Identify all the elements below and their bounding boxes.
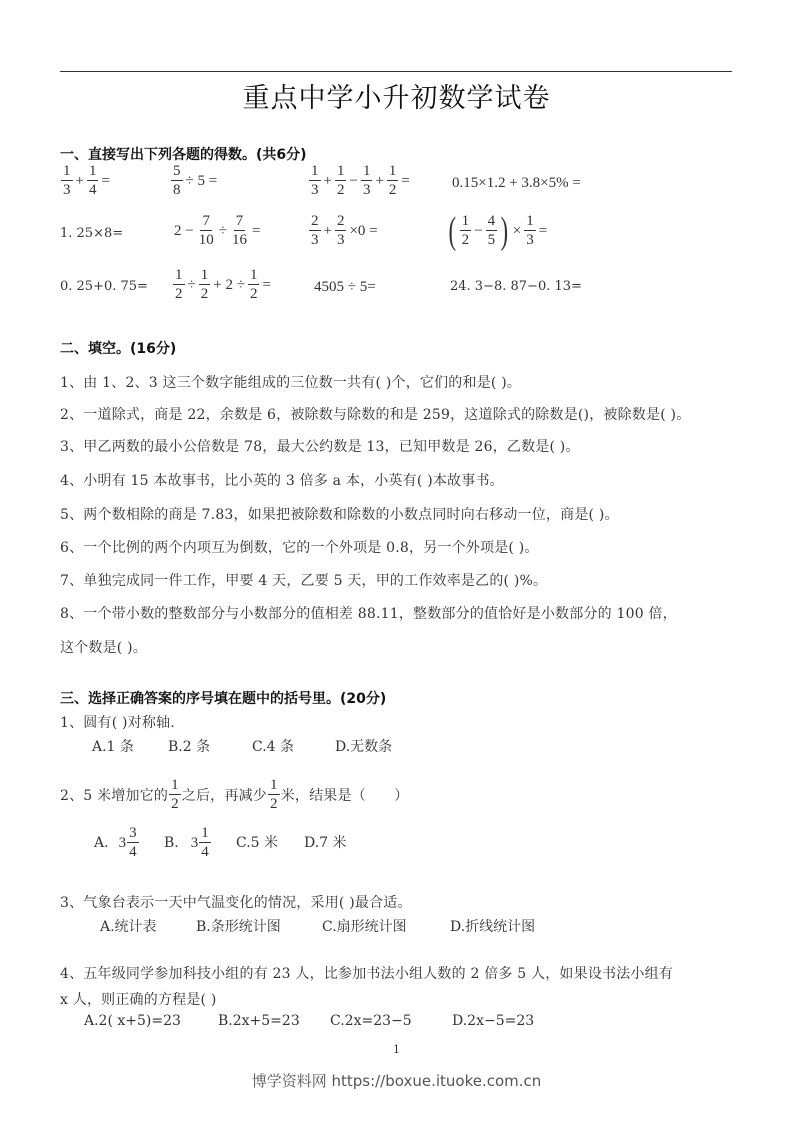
choice-q3-option-d: D.折线统计图 [450, 916, 535, 936]
choice-q1-option-d: D.无数条 [335, 736, 392, 756]
calc-3-4: 24. 3−8. 87−0. 13= [450, 279, 582, 294]
section-1-heading: 一、直接写出下列各题的得数。(共6分) [60, 144, 307, 164]
choice-q4-option-c: C.2x=23−5 [330, 1013, 412, 1029]
section-3-heading: 三、选择正确答案的序号填在题中的括号里。(20分) [60, 688, 386, 708]
choice-q4-option-d: D.2x−5=23 [452, 1013, 534, 1029]
choice-q1-option-a: A.1 条 [92, 736, 134, 756]
fill-item-8: 8、一个带小数的整数部分与小数部分的值相差 88.11，整数部分的值恰好是小数部… [60, 603, 677, 623]
choice-q4-stem-line1: 4、五年级同学参加科技小组的有 23 人，比参加书法小组人数的 2 倍多 5 人… [60, 963, 673, 983]
choice-q3-option-b: B.条形统计图 [196, 916, 281, 936]
header-rule [60, 71, 732, 72]
choice-q4-option-a: A.2( x+5)=23 [84, 1013, 181, 1029]
calc-1-3: 13 + 12 − 13 + 12 = [308, 164, 412, 198]
calc-2-3: 23 + 23 ×0 = [308, 214, 380, 248]
calc-1-2: 58 ÷ 5 = [170, 164, 219, 198]
choice-q1-option-c: C.4 条 [252, 736, 294, 756]
choice-q2-option-d: D.7 米 [304, 832, 347, 852]
page-number: 1 [0, 1043, 793, 1056]
choice-q2-option-b: B. 3 14 [164, 826, 212, 860]
calc-2-1: 1. 25×8= [60, 226, 123, 241]
footer-watermark: 博学资料网 https://boxue.ituoke.com.cn [0, 1070, 793, 1091]
fill-item-4: 4、小明有 15 本故事书，比小英的 3 倍多 a 本，小英有( )本故事书。 [60, 470, 504, 490]
choice-q3-option-c: C.扇形统计图 [322, 916, 407, 936]
fill-item-1: 1、由 1、2、3 这三个数字能组成的三位数一共有( )个，它们的和是( )。 [60, 372, 521, 392]
fill-item-8-cont: 这个数是( )。 [60, 637, 147, 657]
calc-2-4: ( 12 − 45 ) × 13 = [446, 212, 549, 250]
calc-3-1: 0. 25+0. 75= [60, 279, 148, 294]
calc-2-2: 2 − 710 ÷ 716 = [172, 214, 262, 248]
fill-item-2: 2、一道除式，商是 22，余数是 6，被除数与除数的和是 259，这道除式的除数… [60, 404, 690, 424]
choice-q3-stem: 3、气象台表示一天中气温变化的情况，采用( )最合适。 [60, 892, 412, 912]
calc-1-4: 0.15×1.2 + 3.8×5% = [452, 175, 581, 192]
fill-item-5: 5、两个数相除的商是 7.83，如果把被除数和除数的小数点同时向右移动一位，商是… [60, 504, 619, 524]
choice-q1-stem: 1、圆有( )对称轴. [60, 712, 175, 732]
choice-q2-option-c: C.5 米 [236, 832, 278, 852]
fill-item-7: 7、单独完成同一件工作，甲要 4 天，乙要 5 天，甲的工作效率是乙的( )%。 [60, 570, 547, 590]
calc-3-2: 12 ÷ 12 + 2 ÷ 12 = [172, 268, 273, 302]
choice-q2-stem: 2、5 米增加它的 12 之后，再减少 12 米，结果是（ ） [60, 778, 409, 812]
section-2-heading: 二、填空。(16分) [60, 338, 176, 358]
choice-q3-option-a: A.统计表 [100, 916, 157, 936]
page-title: 重点中学小升初数学试卷 [0, 76, 793, 115]
calc-1-1: 13 + 14 = [60, 164, 112, 198]
choice-q4-stem-line2: x 人，则正确的方程是( ) [60, 989, 217, 1009]
choice-q1-option-b: B.2 条 [168, 736, 210, 756]
calc-3-3: 4505 ÷ 5= [314, 279, 376, 296]
choice-q2-option-a: A. 3 34 [94, 826, 140, 860]
choice-q4-option-b: B.2x+5=23 [218, 1013, 300, 1029]
fill-item-3: 3、甲乙两数的最小公倍数是 78，最大公约数是 13，已知甲数是 26，乙数是(… [60, 436, 580, 456]
fill-item-6: 6、一个比例的两个内项互为倒数，它的一个外项是 0.8，另一个外项是( )。 [60, 537, 539, 557]
